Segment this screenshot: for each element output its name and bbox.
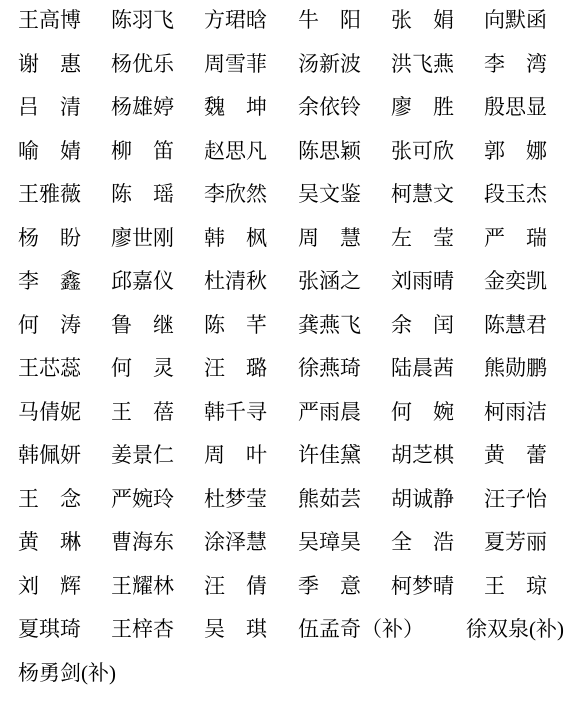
name-cell: 姜景仁 bbox=[111, 445, 174, 466]
name-cell: 赵思凡 bbox=[204, 141, 267, 162]
name-cell: 何 婉 bbox=[391, 402, 454, 423]
name-cell: 鲁 继 bbox=[111, 315, 174, 336]
name-cell: 左 莹 bbox=[391, 228, 454, 249]
name-cell: 刘雨晴 bbox=[391, 271, 454, 292]
name-cell: 全 浩 bbox=[391, 532, 454, 553]
name-cell: 周雪菲 bbox=[204, 54, 267, 75]
name-cell: 熊勋鹏 bbox=[484, 358, 547, 379]
name-cell: 杨雄婷 bbox=[111, 97, 174, 118]
name-cell: 熊茹芸 bbox=[298, 489, 361, 510]
name-cell: 许佳黛 bbox=[298, 445, 361, 466]
name-cell: 夏芳丽 bbox=[484, 532, 547, 553]
name-cell: 柯慧文 bbox=[391, 184, 454, 205]
name-cell: 向默函 bbox=[484, 10, 547, 31]
name-cell: 涂泽慧 bbox=[204, 532, 267, 553]
roster-row: 喻 婧 柳 笛 赵思凡 陈思颖 张可欣 郭 娜 bbox=[0, 141, 586, 167]
name-cell: 邱嘉仪 bbox=[111, 271, 174, 292]
name-cell: 龚燕飞 bbox=[298, 315, 361, 336]
name-cell: 汤新波 bbox=[298, 54, 361, 75]
name-cell: 汪 璐 bbox=[204, 358, 267, 379]
name-cell: 郭 娜 bbox=[484, 141, 547, 162]
name-cell: 王高博 bbox=[18, 10, 81, 31]
name-cell: 杜梦莹 bbox=[204, 489, 267, 510]
name-cell: 马倩妮 bbox=[18, 402, 81, 423]
roster-row: 韩佩妍 姜景仁 周 叶 许佳黛 胡芝棋 黄 蕾 bbox=[0, 445, 586, 471]
name-cell: 方珺晗 bbox=[204, 10, 267, 31]
name-cell: 曹海东 bbox=[111, 532, 174, 553]
name-cell-supplementary: 杨勇剑(补) bbox=[18, 663, 116, 684]
name-cell: 陈思颖 bbox=[298, 141, 361, 162]
name-cell: 王雅薇 bbox=[18, 184, 81, 205]
name-cell: 柳 笛 bbox=[111, 141, 174, 162]
roster-row: 杨勇剑(补) bbox=[0, 663, 586, 689]
name-cell: 谢 惠 bbox=[18, 54, 81, 75]
name-cell: 周 叶 bbox=[204, 445, 267, 466]
name-cell: 廖 胜 bbox=[391, 97, 454, 118]
name-cell: 魏 坤 bbox=[204, 97, 267, 118]
roster-row: 何 涛 鲁 继 陈 芊 龚燕飞 余 闰 陈慧君 bbox=[0, 315, 586, 341]
name-cell: 牛 阳 bbox=[298, 10, 361, 31]
name-cell-supplementary: 伍孟奇（补） bbox=[298, 619, 424, 640]
name-cell: 柯梦晴 bbox=[391, 576, 454, 597]
name-cell: 杨 盼 bbox=[18, 228, 81, 249]
name-cell: 李 湾 bbox=[484, 54, 547, 75]
roster-row: 黄 琳 曹海东 涂泽慧 吴璋昊 全 浩 夏芳丽 bbox=[0, 532, 586, 558]
roster-row: 吕 清 杨雄婷 魏 坤 余依铃 廖 胜 殷思显 bbox=[0, 97, 586, 123]
name-cell: 陆晨茜 bbox=[391, 358, 454, 379]
name-cell: 陈 芊 bbox=[204, 315, 267, 336]
name-cell: 刘 辉 bbox=[18, 576, 81, 597]
name-cell: 王梓杏 bbox=[111, 619, 174, 640]
name-cell: 王 念 bbox=[18, 489, 81, 510]
name-cell: 段玉杰 bbox=[484, 184, 547, 205]
name-cell: 余 闰 bbox=[391, 315, 454, 336]
name-cell: 吴文鉴 bbox=[298, 184, 361, 205]
name-cell: 严婉玲 bbox=[111, 489, 174, 510]
name-cell: 韩 枫 bbox=[204, 228, 267, 249]
name-cell: 陈慧君 bbox=[484, 315, 547, 336]
name-cell: 王 琼 bbox=[484, 576, 547, 597]
name-cell: 何 涛 bbox=[18, 315, 81, 336]
name-cell: 何 灵 bbox=[111, 358, 174, 379]
name-cell: 汪 倩 bbox=[204, 576, 267, 597]
roster-row: 李 鑫 邱嘉仪 杜清秋 张涵之 刘雨晴 金奕凯 bbox=[0, 271, 586, 297]
name-cell: 周 慧 bbox=[298, 228, 361, 249]
name-cell: 吴璋昊 bbox=[298, 532, 361, 553]
name-cell: 徐燕琦 bbox=[298, 358, 361, 379]
name-cell: 王 蓓 bbox=[111, 402, 174, 423]
name-cell: 李欣然 bbox=[204, 184, 267, 205]
name-cell: 陈羽飞 bbox=[111, 10, 174, 31]
name-cell: 殷思显 bbox=[484, 97, 547, 118]
name-cell: 王耀林 bbox=[111, 576, 174, 597]
name-cell: 洪飞燕 bbox=[391, 54, 454, 75]
name-cell: 杜清秋 bbox=[204, 271, 267, 292]
name-cell: 胡芝棋 bbox=[391, 445, 454, 466]
name-cell: 李 鑫 bbox=[18, 271, 81, 292]
name-cell: 张 娟 bbox=[391, 10, 454, 31]
name-cell: 胡诚静 bbox=[391, 489, 454, 510]
name-cell-supplementary: 徐双泉(补) bbox=[466, 619, 564, 640]
name-cell: 黄 蕾 bbox=[484, 445, 547, 466]
name-cell: 柯雨洁 bbox=[484, 402, 547, 423]
name-cell: 黄 琳 bbox=[18, 532, 81, 553]
roster-row: 王芯蕊 何 灵 汪 璐 徐燕琦 陆晨茜 熊勋鹏 bbox=[0, 358, 586, 384]
name-cell: 吴 琪 bbox=[204, 619, 267, 640]
name-cell: 韩佩妍 bbox=[18, 445, 81, 466]
name-cell: 金奕凯 bbox=[484, 271, 547, 292]
name-cell: 夏琪琦 bbox=[18, 619, 81, 640]
roster-row: 王高博 陈羽飞 方珺晗 牛 阳 张 娟 向默函 bbox=[0, 10, 586, 36]
roster-row: 王雅薇 陈 瑶 李欣然 吴文鉴 柯慧文 段玉杰 bbox=[0, 184, 586, 210]
roster-row: 马倩妮 王 蓓 韩千寻 严雨晨 何 婉 柯雨洁 bbox=[0, 402, 586, 428]
name-cell: 喻 婧 bbox=[18, 141, 81, 162]
name-cell: 余依铃 bbox=[298, 97, 361, 118]
roster-row: 夏琪琦 王梓杏 吴 琪 伍孟奇（补） 徐双泉(补) bbox=[0, 619, 586, 645]
roster-row: 刘 辉 王耀林 汪 倩 季 意 柯梦晴 王 琼 bbox=[0, 576, 586, 602]
name-cell: 吕 清 bbox=[18, 97, 81, 118]
name-cell: 张可欣 bbox=[391, 141, 454, 162]
roster-row: 杨 盼 廖世刚 韩 枫 周 慧 左 莹 严 瑞 bbox=[0, 228, 586, 254]
name-cell: 陈 瑶 bbox=[111, 184, 174, 205]
name-cell: 韩千寻 bbox=[204, 402, 267, 423]
roster-row: 谢 惠 杨优乐 周雪菲 汤新波 洪飞燕 李 湾 bbox=[0, 54, 586, 80]
name-cell: 严雨晨 bbox=[298, 402, 361, 423]
name-cell: 严 瑞 bbox=[484, 228, 547, 249]
name-cell: 季 意 bbox=[298, 576, 361, 597]
name-cell: 汪子怡 bbox=[484, 489, 547, 510]
name-cell: 杨优乐 bbox=[111, 54, 174, 75]
name-cell: 廖世刚 bbox=[111, 228, 174, 249]
name-cell: 王芯蕊 bbox=[18, 358, 81, 379]
name-roster-page: 王高博 陈羽飞 方珺晗 牛 阳 张 娟 向默函 谢 惠 杨优乐 周雪菲 汤新波 … bbox=[0, 0, 586, 705]
roster-row: 王 念 严婉玲 杜梦莹 熊茹芸 胡诚静 汪子怡 bbox=[0, 489, 586, 515]
name-cell: 张涵之 bbox=[298, 271, 361, 292]
